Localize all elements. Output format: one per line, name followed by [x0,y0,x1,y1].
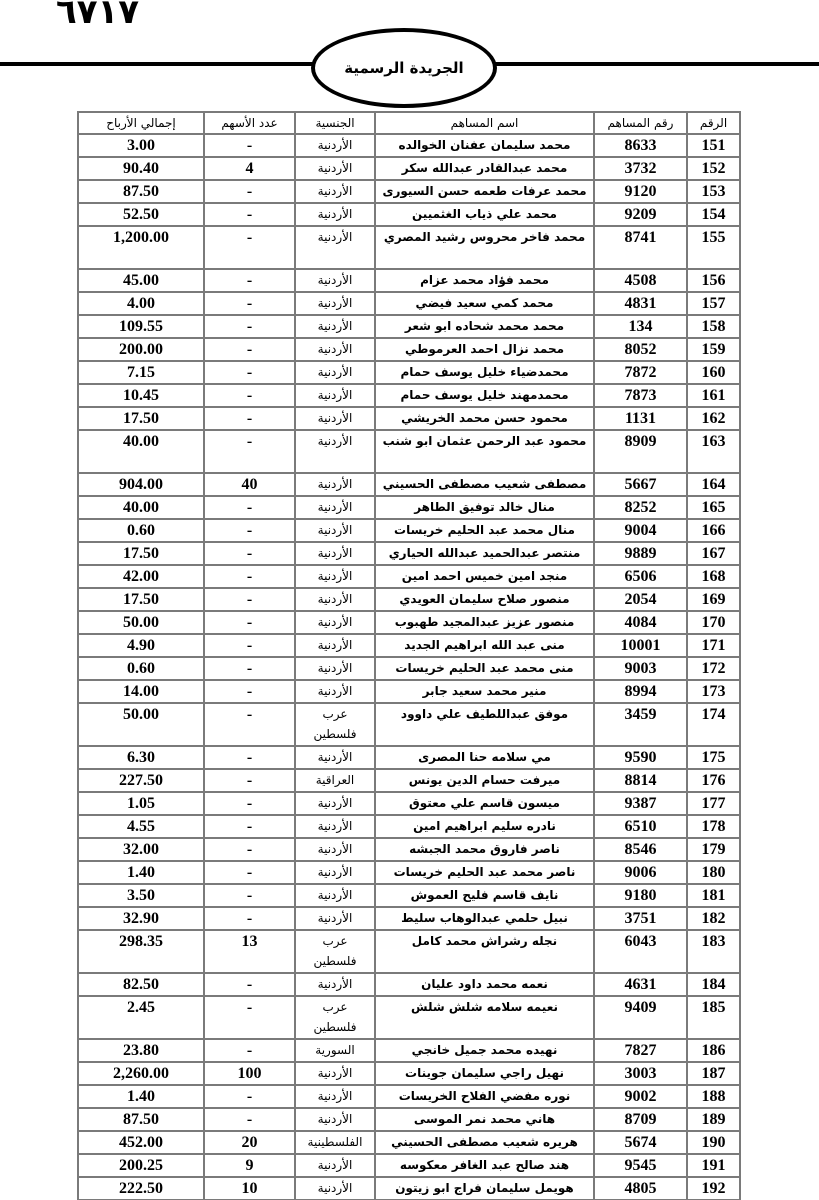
cell-shareholder-no: 7873 [594,384,687,407]
cell-total-profits: 2.45 [78,996,204,1039]
cell-total-profits: 1.40 [78,861,204,884]
cell-nationality: السورية [295,1039,375,1062]
table-row: 1819180نايف قاسم فليح العموشالأردنية-3.5… [78,884,740,907]
cell-nationality: الأردنية [295,907,375,930]
cell-shares: - [204,384,295,407]
cell-total-profits: 200.00 [78,338,204,361]
table-row: 1564508محمد فؤاد محمد عزامالأردنية-45.00 [78,269,740,292]
cell-index: 152 [687,157,740,180]
cell-name: محمد عرفات طعمه حسن السيورى [375,180,594,203]
cell-nationality: الأردنية [295,315,375,338]
table-row: 1539120محمد عرفات طعمه حسن السيورىالأردن… [78,180,740,203]
table-row: 1598052محمد نزال احمد العرموطيالأردنية-2… [78,338,740,361]
cell-name: منال محمد عبد الحليم خريسات [375,519,594,542]
header-name: اسم المساهم [375,112,594,134]
cell-index: 175 [687,746,740,769]
cell-nationality: الأردنية [295,180,375,203]
cell-shares: 100 [204,1062,295,1085]
table-row: 1607872محمدضياء خليل يوسف حمامالأردنية-7… [78,361,740,384]
cell-shares: - [204,838,295,861]
cell-nationality: الأردنية [295,203,375,226]
cell-nationality: الأردنية [295,565,375,588]
cell-name: محمد علي ذياب الغثميين [375,203,594,226]
cell-index: 155 [687,226,740,269]
cell-nationality: الأردنية [295,226,375,269]
cell-index: 161 [687,384,740,407]
cell-shares: - [204,338,295,361]
cell-nationality: الأردنية [295,657,375,680]
cell-name: منير محمد سعيد جابر [375,680,594,703]
cell-shareholder-no: 7872 [594,361,687,384]
cell-total-profits: 1.05 [78,792,204,815]
cell-shareholder-no: 2054 [594,588,687,611]
table-row: 1898709هاني محمد نمر الموسىالأردنية-87.5… [78,1108,740,1131]
table-row: 1669004منال محمد عبد الحليم خريساتالأردن… [78,519,740,542]
cell-index: 156 [687,269,740,292]
cell-shares: - [204,657,295,680]
cell-total-profits: 1,200.00 [78,226,204,269]
cell-shareholder-no: 9004 [594,519,687,542]
cell-total-profits: 23.80 [78,1039,204,1062]
cell-total-profits: 298.35 [78,930,204,973]
cell-index: 190 [687,1131,740,1154]
cell-index: 188 [687,1085,740,1108]
table-row: 1859409نعيمه سلامه شلش شلشعرب فلسطين-2.4… [78,996,740,1039]
cell-total-profits: 452.00 [78,1131,204,1154]
cell-shares: - [204,203,295,226]
cell-name: منتصر عبدالحميد عبدالله الحياري [375,542,594,565]
cell-shares: 20 [204,1131,295,1154]
cell-nationality: الأردنية [295,746,375,769]
cell-shares: - [204,226,295,269]
cell-nationality: الأردنية [295,1085,375,1108]
cell-total-profits: 50.00 [78,611,204,634]
gazette-title: الجريدة الرسمية [344,59,463,77]
cell-index: 154 [687,203,740,226]
cell-name: نعمه محمد داود عليان [375,973,594,996]
cell-shareholder-no: 4631 [594,973,687,996]
cell-nationality: الأردنية [295,1108,375,1131]
cell-name: محمد كمي سعيد فيضي [375,292,594,315]
cell-nationality: الأردنية [295,407,375,430]
cell-shares: - [204,884,295,907]
cell-nationality: الفلسطينية [295,1131,375,1154]
table-row: 1743459موفق عبداللطيف علي داوودعرب فلسطي… [78,703,740,746]
cell-nationality: الأردنية [295,884,375,907]
table-row: 158134محمد محمد شحاده ابو شعرالأردنية-10… [78,315,740,338]
cell-nationality: الأردنية [295,496,375,519]
table-row: 1558741محمد فاخر محروس رشيد المصريالأردن… [78,226,740,269]
table-row: 1549209محمد علي ذياب الغثميينالأردنية-52… [78,203,740,226]
cell-shareholder-no: 3459 [594,703,687,746]
cell-index: 165 [687,496,740,519]
cell-nationality: الأردنية [295,361,375,384]
cell-nationality: الأردنية [295,519,375,542]
cell-shareholder-no: 8633 [594,134,687,157]
cell-total-profits: 222.50 [78,1177,204,1200]
cell-shareholder-no: 134 [594,315,687,338]
header-shareholder-no: رقم المساهم [594,112,687,134]
cell-name: منى عبد الله ابراهيم الجديد [375,634,594,657]
cell-shares: - [204,680,295,703]
cell-total-profits: 42.00 [78,565,204,588]
cell-name: نهيده محمد جميل خانجي [375,1039,594,1062]
cell-shareholder-no: 8814 [594,769,687,792]
cell-index: 172 [687,657,740,680]
cell-shareholder-no: 8994 [594,680,687,703]
cell-name: محمود حسن محمد الخريشي [375,407,594,430]
cell-shares: - [204,973,295,996]
table-row: 1692054منصور صلاح سليمان العويديالأردنية… [78,588,740,611]
cell-total-profits: 52.50 [78,203,204,226]
cell-shares: - [204,292,295,315]
cell-name: ناصر محمد عبد الحليم خريسات [375,861,594,884]
cell-index: 185 [687,996,740,1039]
cell-index: 169 [687,588,740,611]
cell-shares: - [204,769,295,792]
cell-shareholder-no: 5674 [594,1131,687,1154]
cell-shares: - [204,1039,295,1062]
cell-shares: - [204,1085,295,1108]
table-row: 1889002نوره مفضي الفلاح الخريساتالأردنية… [78,1085,740,1108]
cell-shares: - [204,269,295,292]
cell-total-profits: 200.25 [78,1154,204,1177]
cell-index: 166 [687,519,740,542]
table-row: 1686506منجد امين خميس احمد امينالأردنية-… [78,565,740,588]
cell-index: 158 [687,315,740,338]
cell-nationality: الأردنية [295,473,375,496]
cell-shares: 10 [204,1177,295,1200]
cell-shares: - [204,407,295,430]
cell-index: 167 [687,542,740,565]
cell-name: هويمل سليمان فراج ابو زيتون [375,1177,594,1200]
cell-total-profits: 14.00 [78,680,204,703]
cell-index: 189 [687,1108,740,1131]
cell-shareholder-no: 8252 [594,496,687,519]
table-row: 1919545هند صالح عبد الغافر معكوسهالأردني… [78,1154,740,1177]
cell-name: نعيمه سلامه شلش شلش [375,996,594,1039]
cell-index: 182 [687,907,740,930]
cell-shares: - [204,815,295,838]
cell-shares: - [204,634,295,657]
cell-nationality: الأردنية [295,815,375,838]
cell-total-profits: 82.50 [78,973,204,996]
cell-shares: 40 [204,473,295,496]
cell-index: 183 [687,930,740,973]
cell-index: 176 [687,769,740,792]
cell-shareholder-no: 9209 [594,203,687,226]
cell-index: 153 [687,180,740,203]
cell-nationality: الأردنية [295,861,375,884]
cell-nationality: الأردنية [295,157,375,180]
table-row: 1523732محمد عبدالقادر عبدالله سكرالأردني… [78,157,740,180]
cell-nationality: الأردنية [295,611,375,634]
cell-total-profits: 32.90 [78,907,204,930]
table-row: 1738994منير محمد سعيد جابرالأردنية-14.00 [78,680,740,703]
cell-nationality: الأردنية [295,430,375,473]
cell-shareholder-no: 5667 [594,473,687,496]
cell-name: محمد محمد شحاده ابو شعر [375,315,594,338]
cell-index: 171 [687,634,740,657]
cell-shares: - [204,703,295,746]
cell-shares: - [204,430,295,473]
cell-name: محمد نزال احمد العرموطي [375,338,594,361]
table-row: 1905674هريره شعيب مصطفى الحسينيالفلسطيني… [78,1131,740,1154]
cell-shareholder-no: 4084 [594,611,687,634]
cell-shareholder-no: 9180 [594,884,687,907]
cell-total-profits: 40.00 [78,496,204,519]
cell-nationality: الأردنية [295,338,375,361]
cell-index: 173 [687,680,740,703]
cell-index: 168 [687,565,740,588]
cell-total-profits: 4.55 [78,815,204,838]
cell-total-profits: 3.50 [78,884,204,907]
cell-shareholder-no: 7827 [594,1039,687,1062]
cell-shareholder-no: 4831 [594,292,687,315]
cell-shareholder-no: 8909 [594,430,687,473]
cell-nationality: الأردنية [295,634,375,657]
cell-nationality: الأردنية [295,680,375,703]
table-row: 1518633محمد سليمان عفنان الخوالدهالأردني… [78,134,740,157]
cell-total-profits: 109.55 [78,315,204,338]
cell-name: ميرفت حسام الدين يونس [375,769,594,792]
table-header-row: الرقم رقم المساهم اسم المساهم الجنسية عد… [78,112,740,134]
cell-total-profits: 3.00 [78,134,204,157]
cell-index: 180 [687,861,740,884]
cell-shareholder-no: 3751 [594,907,687,930]
cell-shareholder-no: 9002 [594,1085,687,1108]
table-row: 1823751نبيل حلمي عبدالوهاب سليطالأردنية-… [78,907,740,930]
cell-total-profits: 227.50 [78,769,204,792]
cell-total-profits: 1.40 [78,1085,204,1108]
cell-total-profits: 45.00 [78,269,204,292]
cell-nationality: عرب فلسطين [295,996,375,1039]
cell-name: هاني محمد نمر الموسى [375,1108,594,1131]
cell-shareholder-no: 6506 [594,565,687,588]
cell-name: هريره شعيب مصطفى الحسيني [375,1131,594,1154]
table-row: 1679889منتصر عبدالحميد عبدالله الحياريال… [78,542,740,565]
cell-shareholder-no: 3003 [594,1062,687,1085]
cell-index: 179 [687,838,740,861]
cell-shareholder-no: 10001 [594,634,687,657]
cell-nationality: الأردنية [295,134,375,157]
cell-name: منى محمد عبد الحليم خريسات [375,657,594,680]
cell-index: 162 [687,407,740,430]
cell-name: محمد فؤاد محمد عزام [375,269,594,292]
cell-shares: - [204,180,295,203]
cell-index: 159 [687,338,740,361]
cell-name: مي سلامه حنا المصرى [375,746,594,769]
cell-index: 163 [687,430,740,473]
cell-total-profits: 0.60 [78,519,204,542]
cell-shareholder-no: 6510 [594,815,687,838]
table-row: 17110001منى عبد الله ابراهيم الجديدالأرد… [78,634,740,657]
cell-nationality: الأردنية [295,269,375,292]
cell-shareholder-no: 9387 [594,792,687,815]
cell-nationality: الأردنية [295,542,375,565]
table-row: 1873003نهيل راجي سليمان جويناتالأردنية10… [78,1062,740,1085]
cell-nationality: الأردنية [295,973,375,996]
cell-shares: 13 [204,930,295,973]
cell-total-profits: 904.00 [78,473,204,496]
cell-total-profits: 17.50 [78,407,204,430]
cell-name: محمدمهند خليل يوسف حمام [375,384,594,407]
cell-shareholder-no: 9545 [594,1154,687,1177]
cell-name: نادره سليم ابراهيم امين [375,815,594,838]
cell-total-profits: 6.30 [78,746,204,769]
cell-shares: - [204,746,295,769]
cell-shareholder-no: 9120 [594,180,687,203]
table-row: 1844631نعمه محمد داود عليانالأردنية-82.5… [78,973,740,996]
cell-total-profits: 90.40 [78,157,204,180]
cell-name: نهيل راجي سليمان جوينات [375,1062,594,1085]
cell-shareholder-no: 9409 [594,996,687,1039]
header-nationality: الجنسية [295,112,375,134]
cell-shares: - [204,565,295,588]
cell-shares: - [204,496,295,519]
cell-name: مصطفى شعيب مصطفى الحسيني [375,473,594,496]
cell-total-profits: 0.60 [78,657,204,680]
table-row: 1621131محمود حسن محمد الخريشيالأردنية-17… [78,407,740,430]
cell-shares: - [204,1108,295,1131]
cell-index: 191 [687,1154,740,1177]
cell-shares: - [204,792,295,815]
table-row: 1645667مصطفى شعيب مصطفى الحسينيالأردنية4… [78,473,740,496]
cell-index: 160 [687,361,740,384]
shareholders-table: الرقم رقم المساهم اسم المساهم الجنسية عد… [77,111,741,1200]
cell-name: منصور عزيز عبدالمجيد طهبوب [375,611,594,634]
cell-index: 192 [687,1177,740,1200]
cell-shareholder-no: 9006 [594,861,687,884]
cell-total-profits: 2,260.00 [78,1062,204,1085]
cell-total-profits: 87.50 [78,1108,204,1131]
cell-total-profits: 40.00 [78,430,204,473]
cell-index: 164 [687,473,740,496]
page-number: ٦٧١٧ [56,0,139,32]
cell-index: 177 [687,792,740,815]
cell-nationality: الأردنية [295,1177,375,1200]
header-total-profits: إجمالي الأرباح [78,112,204,134]
cell-nationality: الأردنية [295,792,375,815]
cell-index: 151 [687,134,740,157]
table-row: 1768814ميرفت حسام الدين يونسالعراقية-227… [78,769,740,792]
cell-name: هند صالح عبد الغافر معكوسه [375,1154,594,1177]
table-row: 1704084منصور عزيز عبدالمجيد طهبوبالأردني… [78,611,740,634]
cell-index: 170 [687,611,740,634]
cell-shares: - [204,996,295,1039]
cell-shares: - [204,361,295,384]
cell-name: محمد سليمان عفنان الخوالده [375,134,594,157]
cell-total-profits: 4.00 [78,292,204,315]
cell-total-profits: 4.90 [78,634,204,657]
cell-name: نبيل حلمي عبدالوهاب سليط [375,907,594,930]
cell-nationality: الأردنية [295,384,375,407]
cell-index: 157 [687,292,740,315]
table-row: 1759590مي سلامه حنا المصرىالأردنية-6.30 [78,746,740,769]
cell-total-profits: 17.50 [78,542,204,565]
cell-name: محمد عبدالقادر عبدالله سكر [375,157,594,180]
cell-total-profits: 17.50 [78,588,204,611]
table-row: 1658252منال خالد توفيق الطاهرالأردنية-40… [78,496,740,519]
header-shares: عدد الأسهم [204,112,295,134]
cell-index: 178 [687,815,740,838]
table-row: 1617873محمدمهند خليل يوسف حمامالأردنية-1… [78,384,740,407]
cell-nationality: الأردنية [295,588,375,611]
cell-shareholder-no: 9590 [594,746,687,769]
cell-shareholder-no: 4805 [594,1177,687,1200]
cell-shareholder-no: 9889 [594,542,687,565]
table-row: 1574831محمد كمي سعيد فيضيالأردنية-4.00 [78,292,740,315]
gazette-title-oval: الجريدة الرسمية [311,28,497,108]
cell-shareholder-no: 8709 [594,1108,687,1131]
table-row: 1867827نهيده محمد جميل خانجيالسورية-23.8… [78,1039,740,1062]
cell-name: محمد فاخر محروس رشيد المصري [375,226,594,269]
cell-shares: - [204,611,295,634]
cell-total-profits: 50.00 [78,703,204,746]
header-index: الرقم [687,112,740,134]
table-row: 1809006ناصر محمد عبد الحليم خريساتالأردن… [78,861,740,884]
cell-shareholder-no: 3732 [594,157,687,180]
cell-shareholder-no: 8052 [594,338,687,361]
cell-name: موفق عبداللطيف علي داوود [375,703,594,746]
cell-shares: - [204,588,295,611]
cell-shares: - [204,134,295,157]
cell-shares: - [204,861,295,884]
cell-nationality: عرب فلسطين [295,930,375,973]
cell-shareholder-no: 6043 [594,930,687,973]
table-row: 1836043نجله رشراش محمد كاملعرب فلسطين132… [78,930,740,973]
cell-nationality: عرب فلسطين [295,703,375,746]
cell-name: نوره مفضي الفلاح الخريسات [375,1085,594,1108]
cell-name: محمود عبد الرحمن عثمان ابو شنب [375,430,594,473]
table-row: 1638909محمود عبد الرحمن عثمان ابو شنبالأ… [78,430,740,473]
cell-index: 187 [687,1062,740,1085]
cell-total-profits: 10.45 [78,384,204,407]
cell-shares: - [204,519,295,542]
cell-total-profits: 7.15 [78,361,204,384]
cell-total-profits: 87.50 [78,180,204,203]
cell-index: 181 [687,884,740,907]
cell-nationality: الأردنية [295,292,375,315]
cell-nationality: الأردنية [295,1154,375,1177]
cell-shares: - [204,907,295,930]
cell-nationality: الأردنية [295,838,375,861]
table-row: 1786510نادره سليم ابراهيم امينالأردنية-4… [78,815,740,838]
cell-index: 184 [687,973,740,996]
cell-name: محمدضياء خليل يوسف حمام [375,361,594,384]
cell-nationality: العراقية [295,769,375,792]
cell-index: 174 [687,703,740,746]
table-row: 1779387ميسون قاسم علي معتوقالأردنية-1.05 [78,792,740,815]
cell-shares: 4 [204,157,295,180]
cell-name: ناصر فاروق محمد الجبشه [375,838,594,861]
table-row: 1729003منى محمد عبد الحليم خريساتالأردني… [78,657,740,680]
cell-name: نايف قاسم فليح العموش [375,884,594,907]
cell-name: ميسون قاسم علي معتوق [375,792,594,815]
cell-total-profits: 32.00 [78,838,204,861]
cell-nationality: الأردنية [295,1062,375,1085]
cell-index: 186 [687,1039,740,1062]
cell-shareholder-no: 8546 [594,838,687,861]
cell-shareholder-no: 4508 [594,269,687,292]
table-row: 1798546ناصر فاروق محمد الجبشهالأردنية-32… [78,838,740,861]
cell-name: منال خالد توفيق الطاهر [375,496,594,519]
cell-name: نجله رشراش محمد كامل [375,930,594,973]
cell-name: منجد امين خميس احمد امين [375,565,594,588]
cell-shares: 9 [204,1154,295,1177]
cell-shareholder-no: 1131 [594,407,687,430]
table-row: 1924805هويمل سليمان فراج ابو زيتونالأردن… [78,1177,740,1200]
